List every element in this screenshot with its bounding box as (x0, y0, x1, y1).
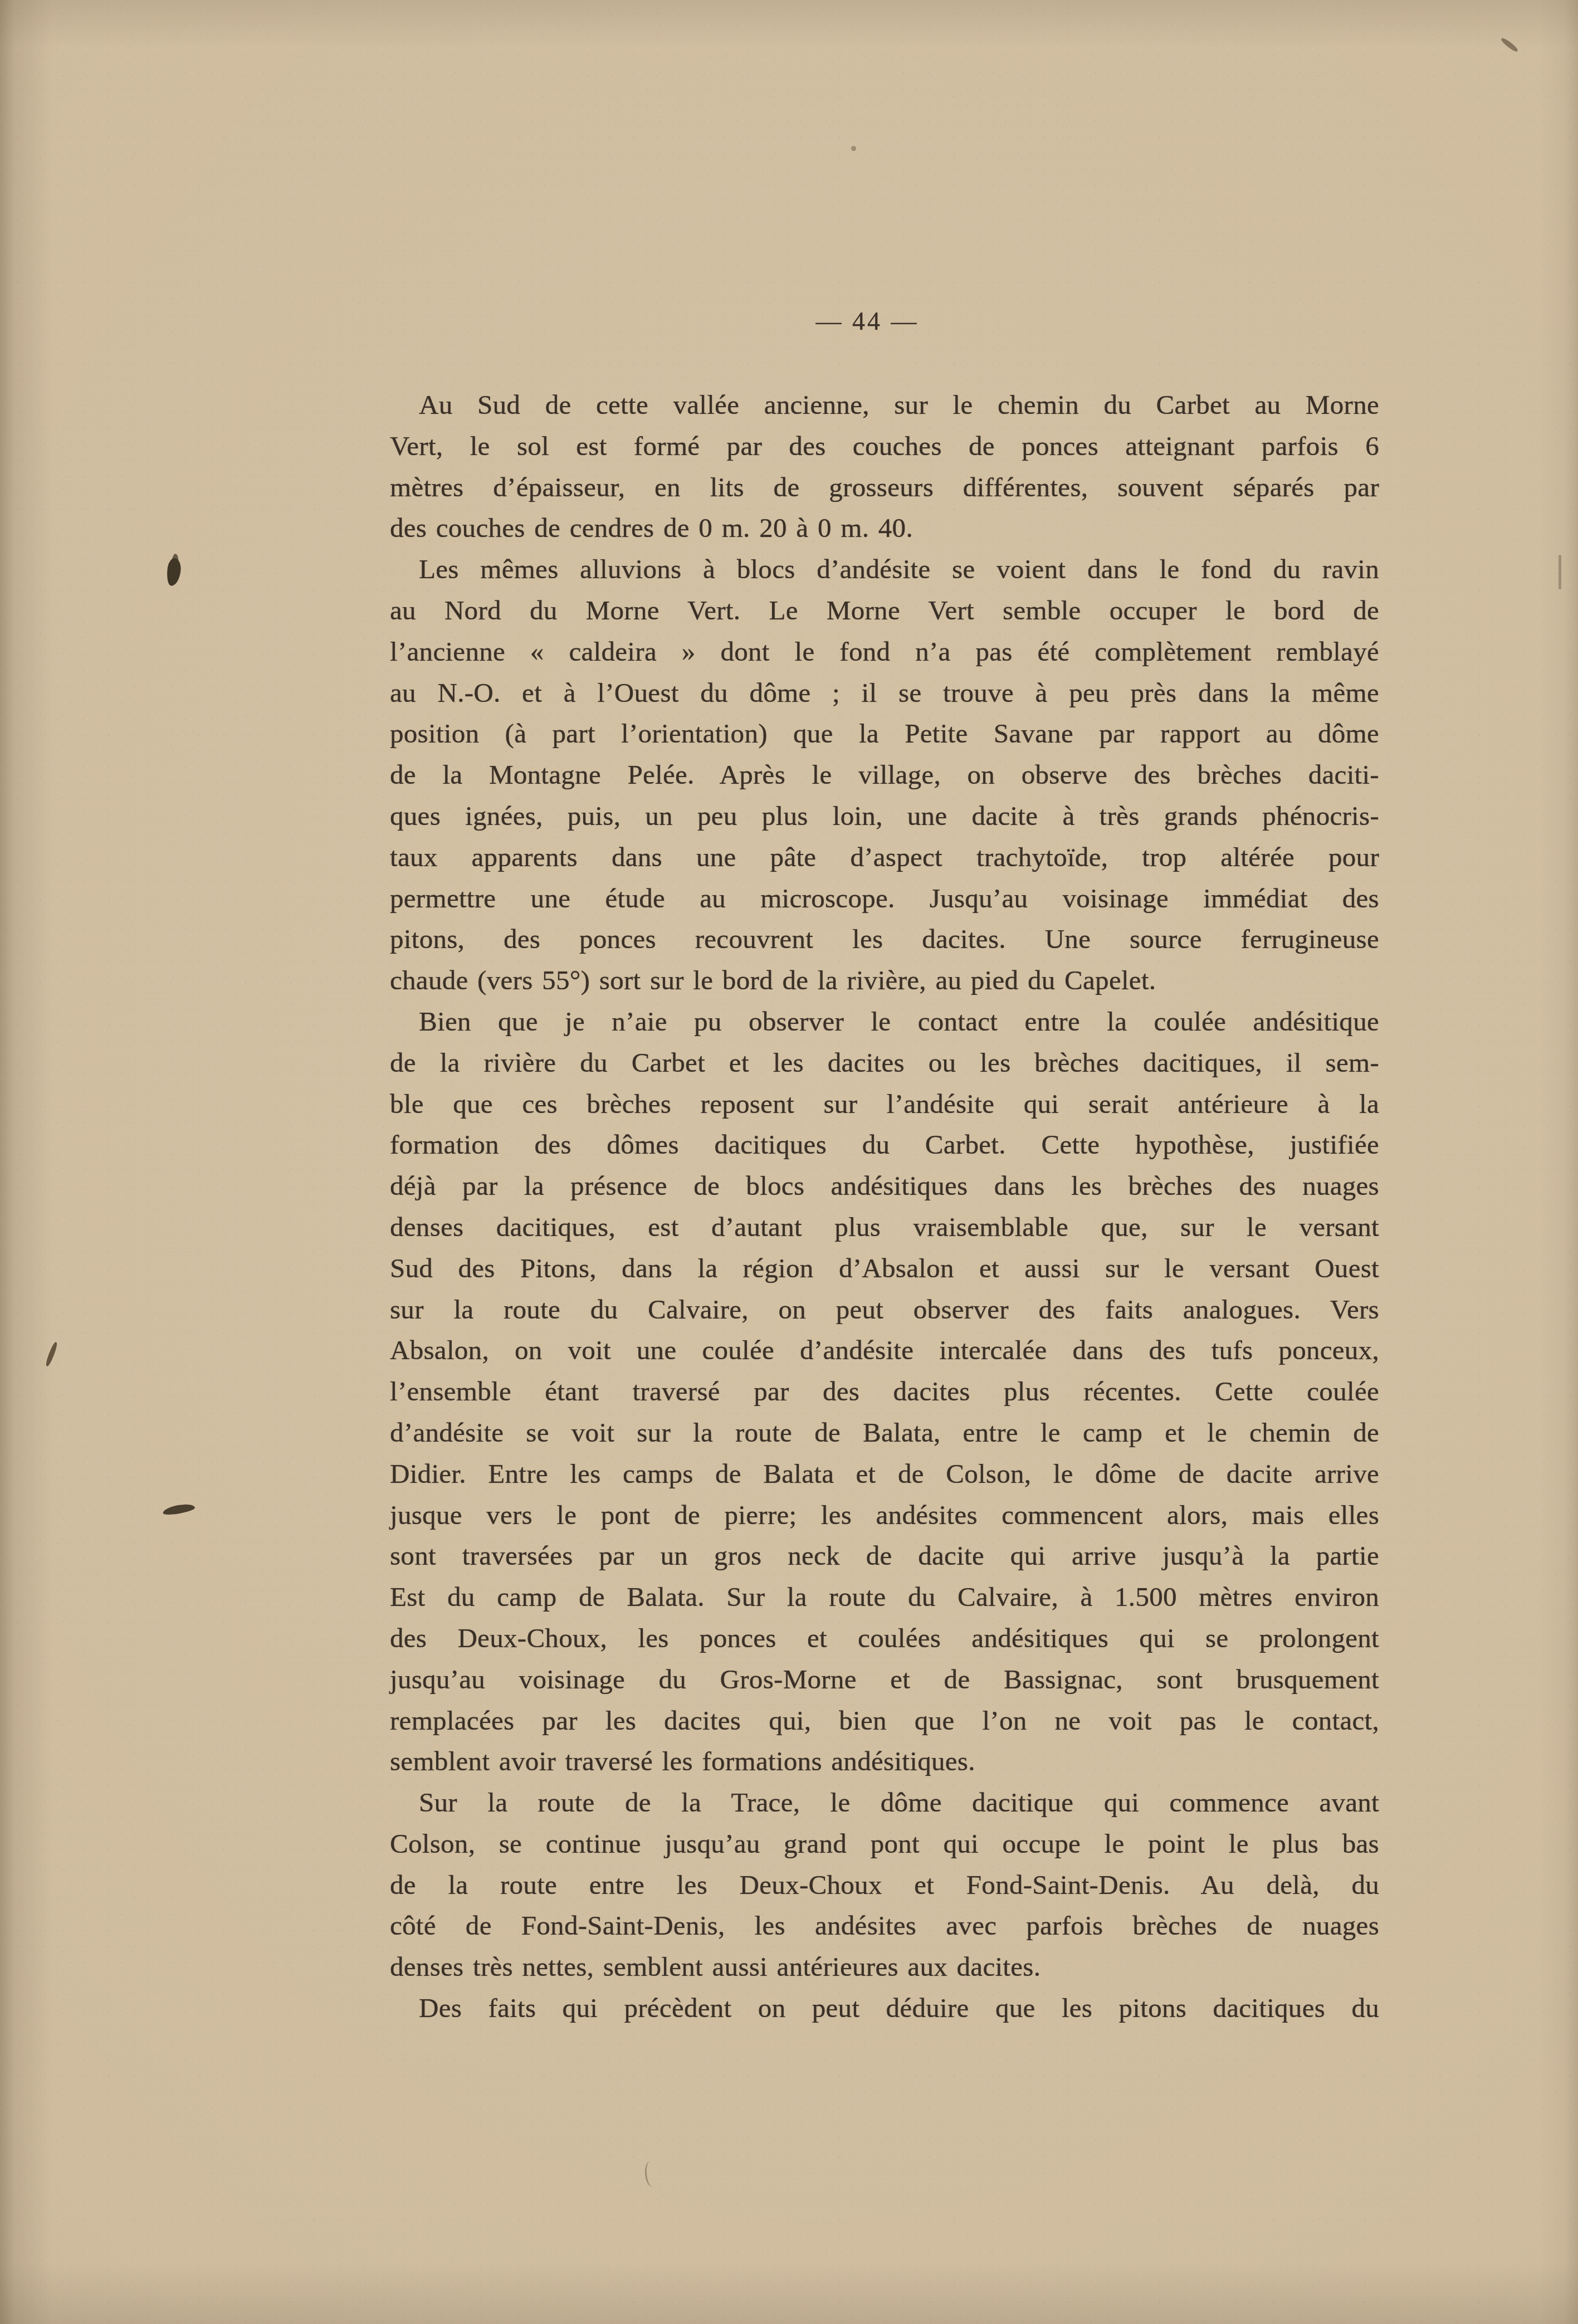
paragraph: Les mêmes alluvions à blocs d’andésite s… (390, 549, 1379, 1001)
text-line: de la route entre les Deux-Choux et Fond… (390, 1864, 1379, 1906)
scratch-mark (45, 1341, 58, 1367)
text-line: denses dacitiques, est d’autant plus vra… (390, 1207, 1379, 1248)
text-line: côté de Fond-Saint-Denis, les andésites … (390, 1905, 1379, 1946)
text-line: au N.-O. et à l’Ouest du dôme ; il se tr… (390, 672, 1379, 714)
text-line: d’andésite se voit sur la route de Balat… (390, 1412, 1379, 1453)
text-line: mètres d’épaisseur, en lits de grosseurs… (390, 467, 1379, 508)
text-line: Absalon, on voit une coulée d’andésite i… (390, 1330, 1379, 1371)
text-line: ble que ces brèches reposent sur l’andés… (390, 1083, 1379, 1125)
paragraph: Sur la route de la Trace, le dôme daciti… (390, 1782, 1379, 1988)
ink-speck (162, 1502, 196, 1516)
text-line: Colson, se continue jusqu’au grand pont … (390, 1823, 1379, 1864)
text-line: Bien que je n’aie pu observer le contact… (390, 1001, 1379, 1042)
text-line: Sur la route de la Trace, le dôme daciti… (390, 1782, 1379, 1823)
scanned-page: — 44 — Au Sud de cette vallée ancienne, … (0, 0, 1578, 2324)
ink-speck (165, 558, 182, 587)
text-line: position (à part l’orientation) que la P… (390, 713, 1379, 754)
page-text: Au Sud de cette vallée ancienne, sur le … (390, 384, 1379, 2029)
ink-speck (851, 146, 856, 151)
text-line: sur la route du Calvaire, on peut observ… (390, 1289, 1379, 1330)
text-line: formation des dômes dacitiques du Carbet… (390, 1124, 1379, 1165)
text-line: chaude (vers 55°) sort sur le bord de la… (390, 960, 1379, 1001)
text-line: au Nord du Morne Vert. Le Morne Vert sem… (390, 590, 1379, 631)
text-line: Didier. Entre les camps de Balata et de … (390, 1453, 1379, 1495)
text-line: ques ignées, puis, un peu plus loin, une… (390, 795, 1379, 837)
text-line: remplacées par les dacites qui, bien que… (390, 1700, 1379, 1741)
text-line: jusque vers le pont de pierre; les andés… (390, 1495, 1379, 1536)
text-line: Les mêmes alluvions à blocs d’andésite s… (390, 549, 1379, 590)
text-line: l’ancienne « caldeira » dont le fond n’a… (390, 631, 1379, 672)
text-line: taux apparents dans une pâte d’aspect tr… (390, 837, 1379, 878)
text-line: de la rivière du Carbet et les dacites o… (390, 1042, 1379, 1083)
text-line: semblent avoir traversé les formations a… (390, 1741, 1379, 1782)
text-line: de la Montagne Pelée. Après le village, … (390, 754, 1379, 795)
scan-artifact (1559, 555, 1561, 589)
scratch-mark (1500, 37, 1519, 53)
text-line: permettre une étude au microscope. Jusqu… (390, 878, 1379, 919)
text-line: des Deux-Choux, les ponces et coulées an… (390, 1618, 1379, 1659)
text-line: Sud des Pitons, dans la région d’Absalon… (390, 1248, 1379, 1289)
text-line: des couches de cendres de 0 m. 20 à 0 m.… (390, 507, 1379, 549)
paragraph: Au Sud de cette vallée ancienne, sur le … (390, 384, 1379, 549)
text-line: Vert, le sol est formé par des couches d… (390, 426, 1379, 467)
text-line: Est du camp de Balata. Sur la route du C… (390, 1576, 1379, 1618)
text-line: jusqu’au voisinage du Gros-Morne et de B… (390, 1659, 1379, 1700)
paragraph: Bien que je n’aie pu observer le contact… (390, 1001, 1379, 1782)
paragraph: Des faits qui précèdent on peut déduire … (390, 1988, 1379, 2029)
text-line: Des faits qui précèdent on peut déduire … (390, 1988, 1379, 2029)
text-line: pitons, des ponces recouvrent les dacite… (390, 919, 1379, 960)
text-line: Au Sud de cette vallée ancienne, sur le … (390, 384, 1379, 426)
ink-speck (644, 2161, 659, 2188)
text-line: déjà par la présence de blocs andésitiqu… (390, 1165, 1379, 1207)
text-line: sont traversées par un gros neck de daci… (390, 1535, 1379, 1576)
text-line: l’ensemble étant traversé par des dacite… (390, 1371, 1379, 1412)
page-number: — 44 — (372, 305, 1362, 338)
text-line: denses très nettes, semblent aussi antér… (390, 1946, 1379, 1988)
